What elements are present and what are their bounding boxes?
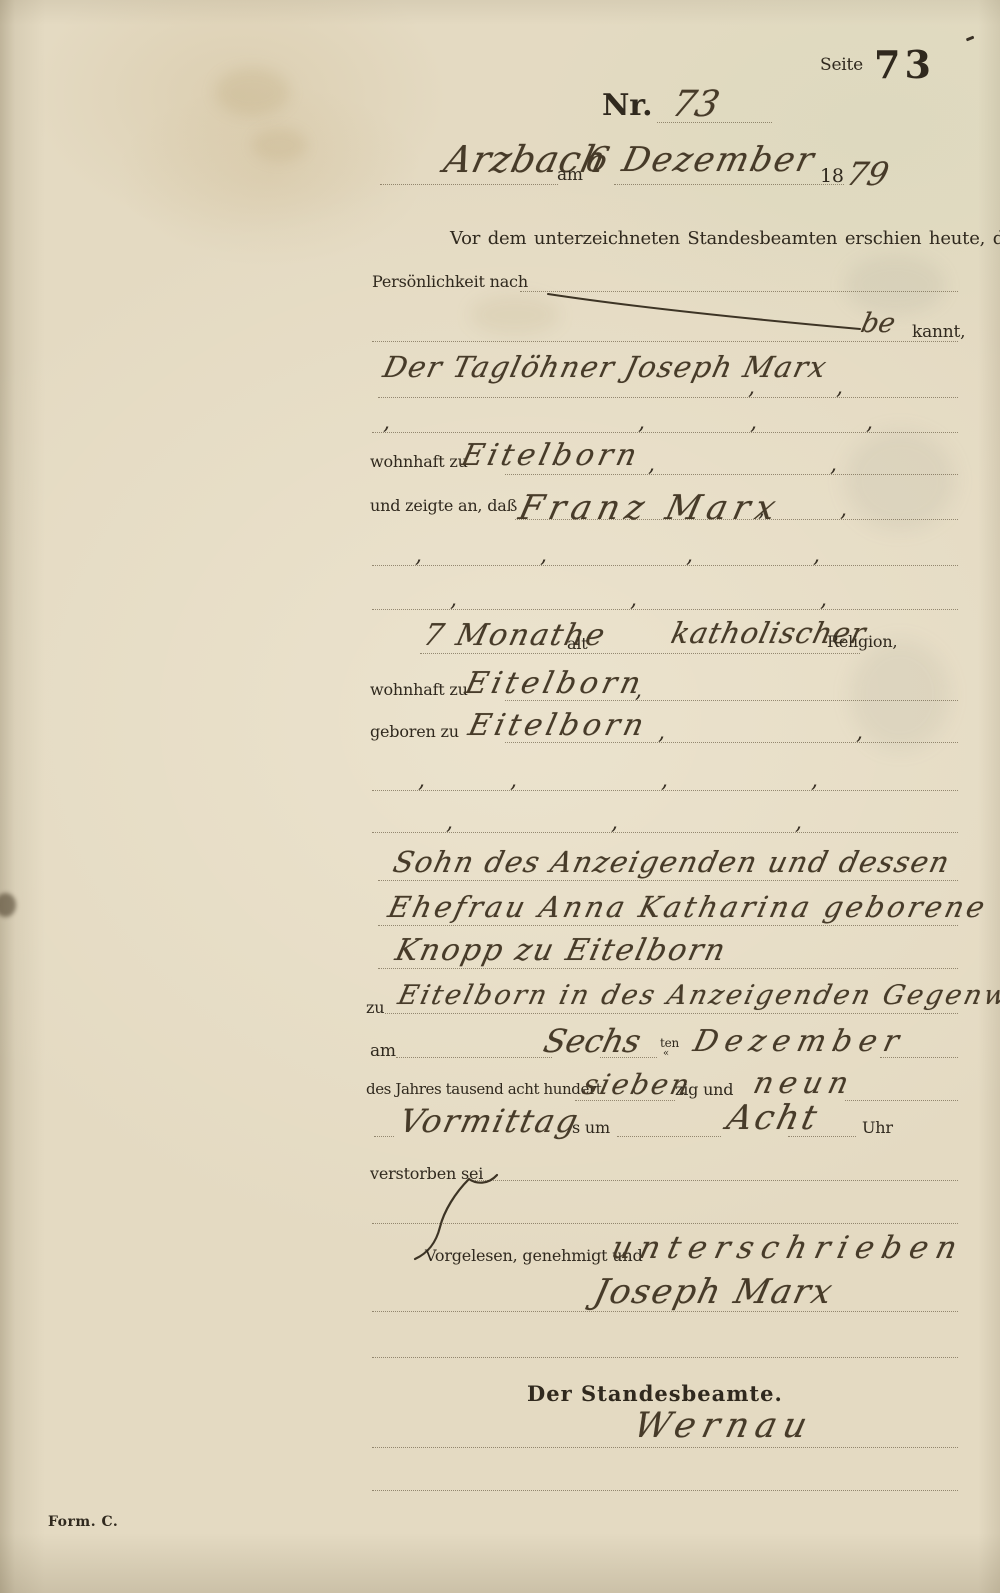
form-comma: , [836,377,843,399]
residence-label: wohnhaft zu [370,452,468,471]
parentage-line2: Ehefrau Anna Katharina geborene [385,890,991,924]
form-comma: , [658,722,665,744]
ink-smudge [0,893,16,917]
dotted-line [614,184,844,185]
registrar-title: Der Standesbeamte. [527,1381,783,1406]
form-comma: , [383,412,390,434]
form-comma: , [446,812,453,834]
deceased-name: Franz Marx [515,488,785,528]
closing-written: unterschrieben [608,1230,968,1266]
year-written: 79 [843,155,892,193]
dotted-line [600,1057,657,1058]
corner-mark [966,36,974,41]
dotted-line [420,653,860,654]
form-comma: , [750,412,757,434]
death-month: Dezember [690,1024,909,1059]
form-comma: , [748,377,755,399]
form-comma: , [813,545,820,567]
dotted-line [505,742,958,743]
form-comma: , [635,680,642,702]
ten-mark: « [663,1048,669,1059]
bleedthrough-ghost [850,640,950,750]
declarant-residence: Eitelborn [458,438,644,473]
dotted-line [788,1136,856,1137]
form-comma: , [450,589,457,611]
page-number: 73 [874,42,935,87]
form-comma: , [820,589,827,611]
intro-line: Vor dem unterzeichneten Standesbeamten e… [450,228,1000,249]
dotted-line [396,1057,552,1058]
declarant-signature: Joseph Marx [590,1272,838,1312]
dotted-line [372,565,958,566]
form-comma: , [611,812,618,834]
dotted-line [515,519,958,520]
form-comma: , [866,412,873,434]
form-comma: , [661,770,668,792]
dotted-line [374,1136,394,1137]
page-label: Seite [820,55,863,75]
form-note: Form. C. [48,1514,118,1530]
paper-stain [252,128,307,162]
identity-label: Persönlichkeit nach [372,272,528,291]
dotted-line [372,1490,958,1491]
dotted-line [372,1223,958,1224]
report-label: und zeigte an, daß [370,496,517,515]
form-comma: , [415,545,422,567]
bleedthrough-ghost [845,430,955,530]
year-line-printed: des Jahres tausend acht hundert [366,1080,601,1098]
daytime-written: Vormittag [396,1102,583,1140]
ink-stroke-blank [520,280,870,340]
parentage-line3: Knopp zu Eitelborn [392,933,730,968]
year-ones-written: neun [750,1066,858,1101]
form-comma: , [510,770,517,792]
form-comma: , [811,770,818,792]
death-record-page: Seite 73 Nr. 73 Arzbach am 6 Dezember 18… [0,0,1000,1593]
s-um-label: s um [572,1118,610,1137]
age-label: alt [567,634,588,653]
dotted-line [372,1357,958,1358]
form-comma: , [648,454,655,476]
known-written: be [858,308,898,339]
dotted-line [380,184,558,185]
year-printed: 18 [820,165,844,187]
dotted-line [378,968,958,969]
declarant-name: Der Taglöhner Joseph Marx [380,350,831,384]
zu-label: zu [366,998,384,1017]
dotted-line [378,925,958,926]
deceased-birthplace: Eitelborn [465,708,651,743]
birthplace-label: geboren zu [370,722,459,741]
dotted-line [372,832,958,833]
form-comma: , [840,499,847,521]
residence-label-2: wohnhaft zu [370,680,468,699]
dotted-line [845,1100,958,1101]
am-label: am [557,165,583,185]
dotted-line [372,1447,958,1448]
form-comma: , [638,412,645,434]
dotted-line [505,700,958,701]
dotted-line [378,397,958,398]
form-comma: , [540,545,547,567]
form-comma: , [686,545,693,567]
dotted-line [372,609,958,610]
paper-stain [215,68,290,116]
record-number-value: 73 [668,84,723,125]
hour-written: Acht [723,1098,823,1138]
dotted-line [505,474,958,475]
uhr-label: Uhr [862,1118,893,1137]
dotted-line [880,1057,958,1058]
registrar-signature: Wernau [630,1406,818,1446]
dotted-line [475,1180,958,1181]
zig-und-label: zig und [675,1080,733,1099]
form-comma: , [418,770,425,792]
deceased-residence: Eitelborn [462,666,648,701]
dotted-line [372,341,958,342]
death-place: Eitelborn in des Anzeigenden Gegenwart [395,980,1000,1011]
form-comma: , [758,499,765,521]
dotted-line [372,1311,958,1312]
dotted-line [378,880,958,881]
dotted-line [385,1013,958,1014]
form-comma: , [856,722,863,744]
record-number-label: Nr. [602,88,652,123]
form-comma: , [795,812,802,834]
dotted-line [617,1136,721,1137]
form-comma: , [630,589,637,611]
dotted-line [657,122,772,123]
death-day: Sechs [540,1022,645,1060]
date-value: 6 Dezember [582,140,819,180]
known-printed: kannt, [912,322,965,342]
parentage-line1: Sohn des Anzeigenden und dessen [390,845,954,879]
dotted-line [575,1100,675,1101]
am-label-2: am [370,1041,396,1061]
religion-label: Religion, [827,632,897,651]
form-comma: , [830,454,837,476]
